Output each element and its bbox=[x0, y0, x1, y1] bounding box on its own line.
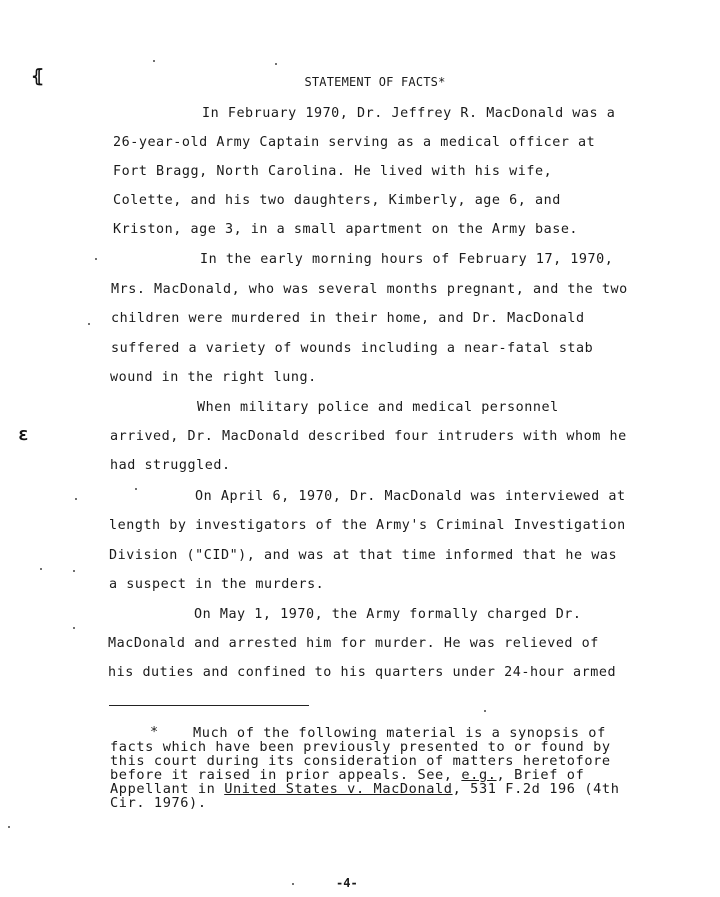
footnote-rule bbox=[109, 705, 309, 706]
body-line: Kriston, age 3, in a small apartment on … bbox=[113, 222, 578, 237]
scan-speck bbox=[275, 63, 277, 65]
body-line: On April 6, 1970, Dr. MacDonald was inte… bbox=[195, 489, 626, 504]
scan-speck bbox=[153, 60, 155, 62]
scan-mark: ɛ bbox=[18, 424, 29, 445]
body-line: In February 1970, Dr. Jeffrey R. MacDona… bbox=[202, 106, 615, 121]
body-line: arrived, Dr. MacDonald described four in… bbox=[110, 429, 627, 444]
body-line: 26-year-old Army Captain serving as a me… bbox=[113, 135, 595, 150]
body-line: a suspect in the murders. bbox=[109, 577, 324, 592]
scan-mark: ⦃ bbox=[31, 66, 44, 87]
scan-speck bbox=[88, 323, 90, 325]
page-number: -4- bbox=[336, 876, 358, 890]
body-line: children were murdered in their home, an… bbox=[111, 311, 585, 326]
scan-speck bbox=[8, 826, 10, 828]
footnote-line: Cir. 1976). bbox=[110, 796, 207, 810]
case-citation: United States v. MacDonald bbox=[224, 781, 452, 797]
body-line: had struggled. bbox=[110, 458, 231, 473]
body-line: Fort Bragg, North Carolina. He lived wit… bbox=[113, 164, 552, 179]
scan-speck bbox=[292, 883, 294, 885]
footnote-line: before it raised in prior appeals. See, … bbox=[110, 768, 584, 782]
footnote-line: Much of the following material is a syno… bbox=[193, 726, 606, 740]
body-line: suffered a variety of wounds including a… bbox=[111, 341, 593, 356]
scan-speck bbox=[95, 258, 97, 260]
body-line: wound in the right lung. bbox=[110, 370, 317, 385]
footnote-line: Appellant in United States v. MacDonald,… bbox=[110, 782, 620, 796]
body-line: When military police and medical personn… bbox=[197, 400, 559, 415]
body-line: length by investigators of the Army's Cr… bbox=[109, 518, 626, 533]
body-line: Colette, and his two daughters, Kimberly… bbox=[113, 193, 561, 208]
document-page: STATEMENT OF FACTS* In February 1970, Dr… bbox=[0, 0, 720, 897]
body-line: Division ("CID"), and was at that time i… bbox=[109, 548, 617, 563]
body-line: Mrs. MacDonald, who was several months p… bbox=[111, 282, 628, 297]
body-line: In the early morning hours of February 1… bbox=[200, 252, 613, 267]
scan-speck bbox=[75, 498, 77, 500]
body-line: MacDonald and arrested him for murder. H… bbox=[108, 636, 599, 651]
scan-speck bbox=[484, 710, 486, 712]
body-line: his duties and confined to his quarters … bbox=[108, 665, 616, 680]
scan-speck bbox=[73, 570, 75, 572]
page-title: STATEMENT OF FACTS* bbox=[0, 75, 720, 89]
footnote-line: this court during its consideration of m… bbox=[110, 754, 611, 768]
scan-speck bbox=[40, 568, 42, 570]
footnote-text: , 531 F.2d 196 (4th bbox=[453, 781, 620, 797]
footnote-line: facts which have been previously present… bbox=[110, 740, 611, 754]
scan-speck bbox=[135, 488, 137, 490]
body-line: On May 1, 1970, the Army formally charge… bbox=[194, 607, 582, 622]
scan-speck bbox=[73, 627, 75, 629]
footnote-marker: * bbox=[150, 725, 159, 739]
